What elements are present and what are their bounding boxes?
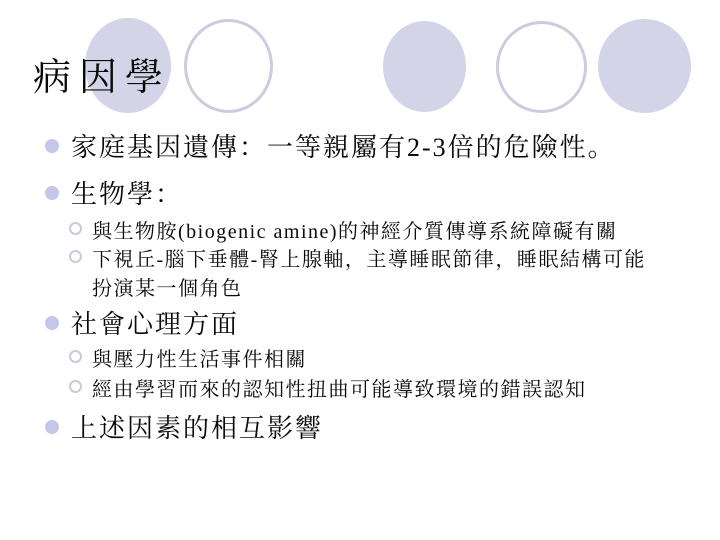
bullet-dot-icon (45, 420, 59, 434)
sub-bullet-item: 經由學習而來的認知性扭曲可能導致環境的錯誤認知 (69, 376, 587, 405)
bullet-ring-icon (69, 350, 82, 363)
decorative-ellipse-filled-icon (598, 19, 691, 113)
sub-bullet-text: 經由學習而來的認知性扭曲可能導致環境的錯誤認知 (92, 376, 587, 405)
bullet-text: 生物學： (71, 178, 183, 211)
decorative-ellipse-outlined-icon (496, 21, 587, 113)
decorative-ellipse-outlined-icon (184, 19, 273, 113)
slide-title: 病因學 (33, 46, 171, 101)
sub-bullet-item: 與壓力性生活事件相關 (69, 346, 307, 375)
bullet-ring-icon (69, 222, 82, 235)
bullet-text: 家庭基因遺傳：一等親屬有2-3倍的危險性。 (71, 131, 616, 164)
bullet-item: 上述因素的相互影響 (45, 412, 323, 445)
sub-bullet-text: 與生物胺(biogenic amine)的神經介質傳導系統障礙有關 (92, 218, 618, 247)
bullet-text: 社會心理方面 (71, 308, 239, 341)
bullet-dot-icon (45, 139, 59, 153)
bullet-item: 生物學： (45, 178, 183, 211)
bullet-dot-icon (45, 186, 59, 200)
sub-bullet-text: 與壓力性生活事件相關 (92, 346, 307, 375)
sub-bullet-item: 與生物胺(biogenic amine)的神經介質傳導系統障礙有關 (69, 218, 618, 247)
bullet-dot-icon (45, 316, 59, 330)
presentation-slide: 病因學 家庭基因遺傳：一等親屬有2-3倍的危險性。 生物學： 與生物胺(biog… (0, 0, 720, 540)
decorative-ellipse-filled-icon (383, 21, 466, 112)
bullet-ring-icon (69, 250, 82, 263)
sub-bullet-text: 下視丘-腦下垂體-腎上腺軸，主導睡眠節律，睡眠結構可能扮演某一個角色 (92, 246, 652, 304)
sub-bullet-item: 下視丘-腦下垂體-腎上腺軸，主導睡眠節律，睡眠結構可能扮演某一個角色 (69, 246, 652, 304)
bullet-item: 家庭基因遺傳：一等親屬有2-3倍的危險性。 (45, 131, 616, 164)
bullet-ring-icon (69, 380, 82, 393)
bullet-text: 上述因素的相互影響 (71, 412, 323, 445)
bullet-item: 社會心理方面 (45, 308, 239, 341)
